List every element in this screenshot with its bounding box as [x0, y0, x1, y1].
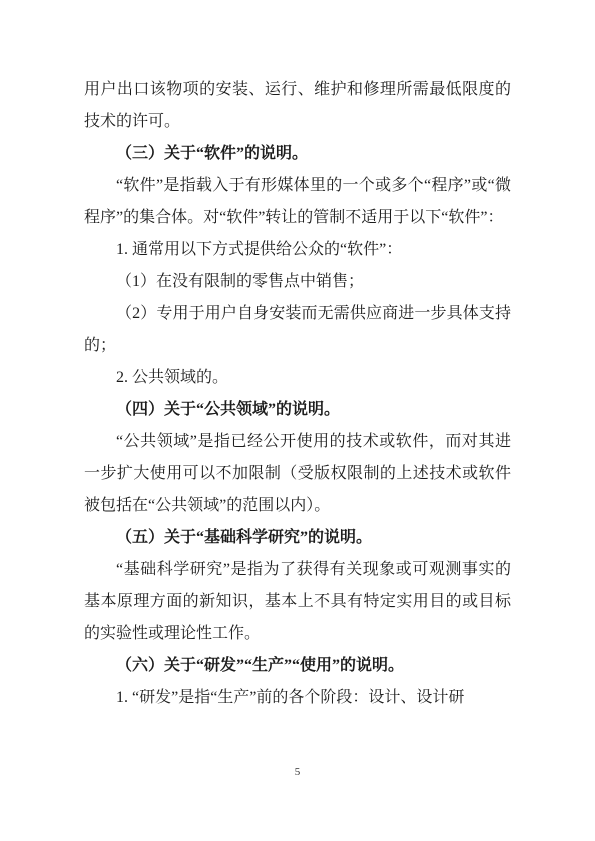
list-item-1: 1. 通常用以下方式提供给公众的“软件”：: [84, 234, 511, 266]
paragraph-public-domain-definition: “公共领域”是指已经公开使用的技术或软件，而对其进一步扩大使用可以不加限制（受版…: [84, 426, 511, 522]
list-item-1-2: （2）专用于用户自身安装而无需供应商进一步具体支持的；: [84, 298, 511, 362]
page-number: 5: [0, 765, 595, 779]
paragraph-rd-definition: 1. “研发”是指“生产”前的各个阶段：设计、设计研: [84, 682, 511, 714]
section-heading-4: （四）关于“公共领域”的说明。: [84, 394, 511, 426]
list-item-1-1: （1）在没有限制的零售点中销售；: [84, 266, 511, 298]
document-page: 用户出口该物项的安装、运行、维护和修理所需最低限度的技术的许可。 （三）关于“软…: [0, 0, 595, 714]
section-heading-3: （三）关于“软件”的说明。: [84, 138, 511, 170]
list-item-2: 2. 公共领域的。: [84, 362, 511, 394]
paragraph-software-definition: “软件”是指载入于有形媒体里的一个或多个“程序”或“微程序”的集合体。对“软件”…: [84, 170, 511, 234]
section-heading-6: （六）关于“研发”“生产”“使用”的说明。: [84, 650, 511, 682]
section-heading-5: （五）关于“基础科学研究”的说明。: [84, 522, 511, 554]
paragraph-basic-research-definition: “基础科学研究”是指为了获得有关现象或可观测事实的基本原理方面的新知识，基本上不…: [84, 554, 511, 650]
paragraph-continuation: 用户出口该物项的安装、运行、维护和修理所需最低限度的技术的许可。: [84, 74, 511, 138]
